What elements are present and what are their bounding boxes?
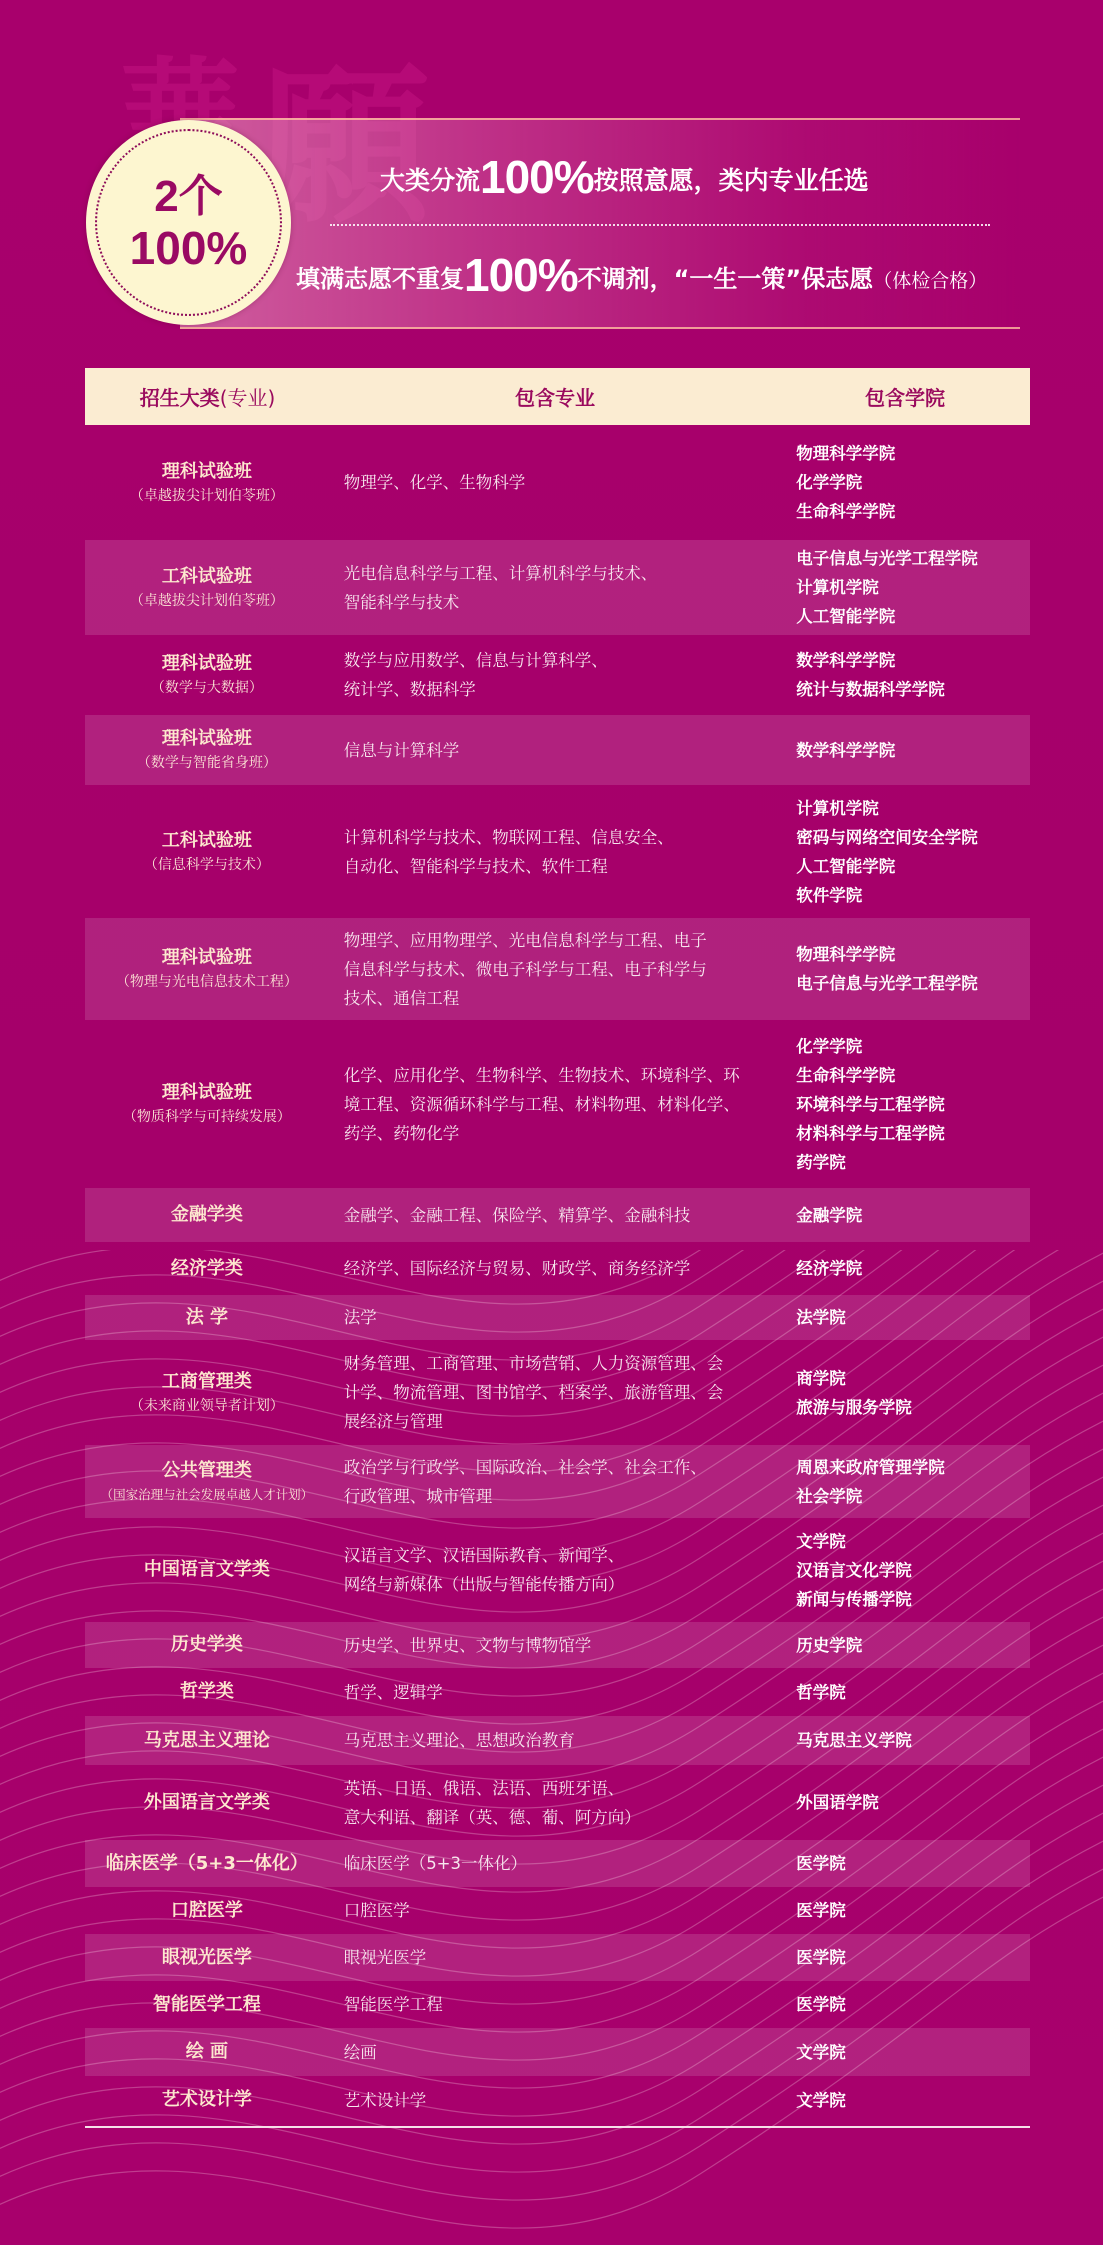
majors-cell: 智能医学工程 — [329, 1990, 792, 2019]
category-name: 经济学类 — [85, 1256, 329, 1282]
table-row: 理科试验班（物理与光电信息技术工程）物理学、应用物理学、光电信息科学与工程、电子… — [85, 918, 1030, 1020]
majors-cell: 信息与计算科学 — [329, 736, 792, 765]
table-row: 中国语言文学类汉语言文学、汉语国际教育、新闻学、网络与新媒体（出版与智能传播方向… — [85, 1518, 1030, 1622]
colleges-cell: 金融学院 — [791, 1201, 1030, 1230]
category-name: 金融学类 — [85, 1202, 329, 1228]
majors-line: 数学与应用数学、信息与计算科学、 — [344, 646, 792, 675]
category-cell: 金融学类 — [85, 1202, 329, 1228]
category-name: 理科试验班 — [85, 726, 329, 752]
majors-line: 光电信息科学与工程、计算机科学与技术、 — [344, 559, 792, 588]
category-name: 中国语言文学类 — [85, 1557, 329, 1583]
college-name: 物理科学学院 — [796, 940, 1030, 969]
majors-line: 物理学、应用物理学、光电信息科学与工程、电子 — [344, 926, 792, 955]
majors-cell: 政治学与行政学、国际政治、社会学、社会工作、行政管理、城市管理 — [329, 1453, 792, 1511]
category-cell: 理科试验班（数学与大数据） — [85, 651, 329, 699]
table-row: 临床医学（5+3一体化）临床医学（5+3一体化）医学院 — [85, 1840, 1030, 1887]
college-name: 金融学院 — [796, 1201, 1030, 1230]
majors-cell: 数学与应用数学、信息与计算科学、统计学、数据科学 — [329, 646, 792, 704]
majors-cell: 财务管理、工商管理、市场营销、人力资源管理、会计学、物流管理、图书馆学、档案学、… — [329, 1349, 792, 1436]
college-name: 计算机学院 — [796, 794, 1030, 823]
category-name: 临床医学（5+3一体化） — [85, 1851, 329, 1877]
table-row: 工科试验班（卓越拔尖计划伯苓班）光电信息科学与工程、计算机科学与技术、智能科学与… — [85, 540, 1030, 635]
college-name: 医学院 — [796, 1943, 1030, 1972]
category-cell: 口腔医学 — [85, 1898, 329, 1924]
category-name: 理科试验班 — [85, 1080, 329, 1106]
table-row: 外国语言文学类英语、日语、俄语、法语、西班牙语、意大利语、翻译（英、德、葡、阿方… — [85, 1765, 1030, 1840]
table-row: 法 学法学法学院 — [85, 1295, 1030, 1340]
table-row: 理科试验班（数学与大数据）数学与应用数学、信息与计算科学、统计学、数据科学数学科… — [85, 635, 1030, 715]
category-cell: 工科试验班（卓越拔尖计划伯苓班） — [85, 564, 329, 612]
category-cell: 马克思主义理论 — [85, 1728, 329, 1754]
category-name: 哲学类 — [85, 1679, 329, 1705]
slogan-line-1: 大类分流100%按照意愿，类内专业任选 — [380, 150, 869, 204]
majors-line: 智能医学工程 — [344, 1990, 792, 2019]
college-name: 电子信息与光学工程学院 — [796, 544, 1030, 573]
majors-line: 汉语言文学、汉语国际教育、新闻学、 — [344, 1541, 792, 1570]
college-name: 数学科学学院 — [796, 736, 1030, 765]
colleges-cell: 文学院 — [791, 2038, 1030, 2067]
colleges-cell: 医学院 — [791, 1943, 1030, 1972]
majors-line: 意大利语、翻译（英、德、葡、阿方向） — [344, 1803, 792, 1832]
majors-line: 口腔医学 — [344, 1896, 792, 1925]
category-name: 公共管理类 — [85, 1458, 329, 1484]
majors-line: 眼视光医学 — [344, 1943, 792, 1972]
colleges-cell: 经济学院 — [791, 1254, 1030, 1283]
table-row: 理科试验班（物质科学与可持续发展）化学、应用化学、生物科学、生物技术、环境科学、… — [85, 1020, 1030, 1188]
colleges-cell: 历史学院 — [791, 1631, 1030, 1660]
category-subtitle: （信息科学与技术） — [85, 854, 329, 876]
majors-cell: 历史学、世界史、文物与博物馆学 — [329, 1631, 792, 1660]
category-subtitle: （数学与智能省身班） — [85, 752, 329, 774]
majors-line: 自动化、智能科学与技术、软件工程 — [344, 852, 792, 881]
slogan-2-big: 100% — [464, 249, 578, 301]
category-subtitle: （未来商业领导者计划） — [85, 1395, 329, 1417]
slogan-1-pre: 大类分流 — [380, 166, 480, 195]
table-row: 工科试验班（信息科学与技术）计算机科学与技术、物联网工程、信息安全、自动化、智能… — [85, 785, 1030, 918]
table-row: 艺术设计学艺术设计学文学院 — [85, 2076, 1030, 2124]
category-name: 马克思主义理论 — [85, 1728, 329, 1754]
category-cell: 绘 画 — [85, 2039, 329, 2065]
category-subtitle: （物质科学与可持续发展） — [85, 1106, 329, 1128]
majors-cell: 口腔医学 — [329, 1896, 792, 1925]
college-name: 物理科学学院 — [796, 439, 1030, 468]
category-cell: 临床医学（5+3一体化） — [85, 1851, 329, 1877]
college-name: 经济学院 — [796, 1254, 1030, 1283]
colleges-cell: 文学院 — [791, 2086, 1030, 2115]
college-name: 哲学院 — [796, 1678, 1030, 1707]
category-cell: 法 学 — [85, 1305, 329, 1331]
majors-line: 网络与新媒体（出版与智能传播方向） — [344, 1570, 792, 1599]
category-name: 工科试验班 — [85, 564, 329, 590]
category-cell: 中国语言文学类 — [85, 1557, 329, 1583]
category-name: 外国语言文学类 — [85, 1790, 329, 1816]
majors-line: 绘画 — [344, 2038, 792, 2067]
slogan-2-note: （体检合格） — [873, 270, 987, 292]
category-cell: 眼视光医学 — [85, 1945, 329, 1971]
category-cell: 历史学类 — [85, 1632, 329, 1658]
college-name: 医学院 — [796, 1896, 1030, 1925]
colleges-cell: 文学院汉语言文化学院新闻与传播学院 — [791, 1527, 1030, 1614]
admission-poster: 華 願 2个 100% 大类分流100%按照意愿，类内专业任选 填满志愿不重复1… — [0, 0, 1103, 2245]
table-row: 智能医学工程智能医学工程医学院 — [85, 1981, 1030, 2028]
college-name: 历史学院 — [796, 1631, 1030, 1660]
majors-line: 法学 — [344, 1303, 792, 1332]
table-body: 理科试验班（卓越拔尖计划伯苓班）物理学、化学、生物科学物理科学学院化学学院生命科… — [85, 425, 1030, 2124]
category-cell: 工科试验班（信息科学与技术） — [85, 828, 329, 876]
colleges-cell: 化学学院生命科学学院环境科学与工程学院材料科学与工程学院药学院 — [791, 1032, 1030, 1177]
dotted-divider — [330, 224, 990, 226]
header-colleges: 包含学院 — [780, 382, 1030, 411]
colleges-cell: 医学院 — [791, 1896, 1030, 1925]
colleges-cell: 物理科学学院化学学院生命科学学院 — [791, 439, 1030, 526]
college-name: 医学院 — [796, 1990, 1030, 2019]
college-name: 新闻与传播学院 — [796, 1585, 1030, 1614]
majors-line: 信息与计算科学 — [344, 736, 792, 765]
badge-line1: 2个 — [154, 172, 222, 222]
colleges-cell: 物理科学学院电子信息与光学工程学院 — [791, 940, 1030, 998]
colleges-cell: 医学院 — [791, 1849, 1030, 1878]
majors-line: 化学、应用化学、生物科学、生物技术、环境科学、环 — [344, 1061, 792, 1090]
majors-cell: 光电信息科学与工程、计算机科学与技术、智能科学与技术 — [329, 559, 792, 617]
college-name: 计算机学院 — [796, 573, 1030, 602]
college-name: 外国语学院 — [796, 1788, 1030, 1817]
majors-line: 智能科学与技术 — [344, 588, 792, 617]
majors-cell: 物理学、应用物理学、光电信息科学与工程、电子信息科学与技术、微电子科学与工程、电… — [329, 926, 792, 1013]
majors-table: 招生大类(专业) 包含专业 包含学院 理科试验班（卓越拔尖计划伯苓班）物理学、化… — [85, 368, 1030, 2124]
table-row: 公共管理类（国家治理与社会发展卓越人才计划）政治学与行政学、国际政治、社会学、社… — [85, 1445, 1030, 1518]
college-name: 统计与数据科学学院 — [796, 675, 1030, 704]
majors-cell: 绘画 — [329, 2038, 792, 2067]
majors-cell: 临床医学（5+3一体化） — [329, 1849, 792, 1878]
category-subtitle: （物理与光电信息技术工程） — [85, 971, 329, 993]
college-name: 电子信息与光学工程学院 — [796, 969, 1030, 998]
colleges-cell: 数学科学学院统计与数据科学学院 — [791, 646, 1030, 704]
majors-line: 经济学、国际经济与贸易、财政学、商务经济学 — [344, 1254, 792, 1283]
colleges-cell: 电子信息与光学工程学院计算机学院人工智能学院 — [791, 544, 1030, 631]
category-cell: 公共管理类（国家治理与社会发展卓越人才计划） — [85, 1458, 329, 1506]
category-name: 眼视光医学 — [85, 1945, 329, 1971]
category-cell: 智能医学工程 — [85, 1992, 329, 2018]
category-name: 法 学 — [85, 1305, 329, 1331]
majors-line: 哲学、逻辑学 — [344, 1678, 792, 1707]
college-name: 数学科学学院 — [796, 646, 1030, 675]
slogan-1-post: 按照意愿，类内专业任选 — [594, 166, 869, 195]
table-header: 招生大类(专业) 包含专业 包含学院 — [85, 368, 1030, 425]
majors-cell: 化学、应用化学、生物科学、生物技术、环境科学、环境工程、资源循环科学与工程、材料… — [329, 1061, 792, 1148]
category-cell: 理科试验班（数学与智能省身班） — [85, 726, 329, 774]
majors-line: 金融学、金融工程、保险学、精算学、金融科技 — [344, 1201, 792, 1230]
majors-cell: 汉语言文学、汉语国际教育、新闻学、网络与新媒体（出版与智能传播方向） — [329, 1541, 792, 1599]
category-name: 艺术设计学 — [85, 2087, 329, 2113]
majors-cell: 马克思主义理论、思想政治教育 — [329, 1726, 792, 1755]
category-name: 历史学类 — [85, 1632, 329, 1658]
college-name: 马克思主义学院 — [796, 1726, 1030, 1755]
table-row: 理科试验班（数学与智能省身班）信息与计算科学数学科学学院 — [85, 715, 1030, 785]
category-subtitle: （数学与大数据） — [85, 677, 329, 699]
colleges-cell: 医学院 — [791, 1990, 1030, 2019]
table-row: 理科试验班（卓越拔尖计划伯苓班）物理学、化学、生物科学物理科学学院化学学院生命科… — [85, 425, 1030, 540]
college-name: 生命科学学院 — [796, 1061, 1030, 1090]
category-subtitle: （国家治理与社会发展卓越人才计划） — [85, 1484, 329, 1506]
college-name: 旅游与服务学院 — [796, 1393, 1030, 1422]
majors-line: 信息科学与技术、微电子科学与工程、电子科学与 — [344, 955, 792, 984]
majors-cell: 哲学、逻辑学 — [329, 1678, 792, 1707]
slogan-line-2: 填满志愿不重复100%不调剂，“一生一策”保志愿（体检合格） — [296, 248, 987, 302]
table-row: 历史学类历史学、世界史、文物与博物馆学历史学院 — [85, 1622, 1030, 1668]
college-name: 汉语言文化学院 — [796, 1556, 1030, 1585]
colleges-cell: 外国语学院 — [791, 1788, 1030, 1817]
colleges-cell: 哲学院 — [791, 1678, 1030, 1707]
category-name: 智能医学工程 — [85, 1992, 329, 2018]
college-name: 人工智能学院 — [796, 852, 1030, 881]
majors-cell: 金融学、金融工程、保险学、精算学、金融科技 — [329, 1201, 792, 1230]
category-cell: 理科试验班（物质科学与可持续发展） — [85, 1080, 329, 1128]
table-row: 眼视光医学眼视光医学医学院 — [85, 1934, 1030, 1981]
majors-line: 历史学、世界史、文物与博物馆学 — [344, 1631, 792, 1660]
table-row: 绘 画绘画文学院 — [85, 2028, 1030, 2076]
category-name: 工商管理类 — [85, 1369, 329, 1395]
colleges-cell: 周恩来政府管理学院社会学院 — [791, 1453, 1030, 1511]
category-cell: 经济学类 — [85, 1256, 329, 1282]
college-name: 材料科学与工程学院 — [796, 1119, 1030, 1148]
majors-cell: 英语、日语、俄语、法语、西班牙语、意大利语、翻译（英、德、葡、阿方向） — [329, 1774, 792, 1832]
category-cell: 艺术设计学 — [85, 2087, 329, 2113]
college-name: 文学院 — [796, 2086, 1030, 2115]
majors-cell: 物理学、化学、生物科学 — [329, 468, 792, 497]
college-name: 商学院 — [796, 1364, 1030, 1393]
majors-line: 统计学、数据科学 — [344, 675, 792, 704]
header-category: 招生大类(专业) — [85, 382, 330, 411]
slogan-1-big: 100% — [480, 151, 594, 203]
college-name: 软件学院 — [796, 881, 1030, 910]
two-100-percent-badge: 2个 100% — [86, 120, 291, 325]
college-name: 环境科学与工程学院 — [796, 1090, 1030, 1119]
majors-cell: 计算机科学与技术、物联网工程、信息安全、自动化、智能科学与技术、软件工程 — [329, 823, 792, 881]
table-row: 马克思主义理论马克思主义理论、思想政治教育马克思主义学院 — [85, 1716, 1030, 1765]
category-cell: 理科试验班（物理与光电信息技术工程） — [85, 945, 329, 993]
colleges-cell: 数学科学学院 — [791, 736, 1030, 765]
majors-line: 境工程、资源循环科学与工程、材料物理、材料化学、 — [344, 1090, 792, 1119]
category-cell: 工商管理类（未来商业领导者计划） — [85, 1369, 329, 1417]
majors-line: 财务管理、工商管理、市场营销、人力资源管理、会 — [344, 1349, 792, 1378]
table-row: 哲学类哲学、逻辑学哲学院 — [85, 1668, 1030, 1716]
majors-line: 政治学与行政学、国际政治、社会学、社会工作、 — [344, 1453, 792, 1482]
majors-line: 计学、物流管理、图书馆学、档案学、旅游管理、会 — [344, 1378, 792, 1407]
majors-line: 技术、通信工程 — [344, 984, 792, 1013]
college-name: 文学院 — [796, 2038, 1030, 2067]
colleges-cell: 马克思主义学院 — [791, 1726, 1030, 1755]
header-majors: 包含专业 — [330, 382, 780, 411]
majors-line: 英语、日语、俄语、法语、西班牙语、 — [344, 1774, 792, 1803]
majors-line: 马克思主义理论、思想政治教育 — [344, 1726, 792, 1755]
majors-line: 药学、药物化学 — [344, 1119, 792, 1148]
category-name: 口腔医学 — [85, 1898, 329, 1924]
table-row: 工商管理类（未来商业领导者计划）财务管理、工商管理、市场营销、人力资源管理、会计… — [85, 1340, 1030, 1445]
college-name: 化学学院 — [796, 1032, 1030, 1061]
majors-line: 临床医学（5+3一体化） — [344, 1849, 792, 1878]
college-name: 周恩来政府管理学院 — [796, 1453, 1030, 1482]
college-name: 社会学院 — [796, 1482, 1030, 1511]
majors-line: 计算机科学与技术、物联网工程、信息安全、 — [344, 823, 792, 852]
college-name: 人工智能学院 — [796, 602, 1030, 631]
majors-line: 艺术设计学 — [344, 2086, 792, 2115]
category-cell: 哲学类 — [85, 1679, 329, 1705]
college-name: 医学院 — [796, 1849, 1030, 1878]
majors-cell: 法学 — [329, 1303, 792, 1332]
category-name: 理科试验班 — [85, 651, 329, 677]
category-name: 理科试验班 — [85, 459, 329, 485]
table-bottom-rule — [85, 2126, 1030, 2128]
category-name: 理科试验班 — [85, 945, 329, 971]
category-name: 工科试验班 — [85, 828, 329, 854]
majors-line: 展经济与管理 — [344, 1407, 792, 1436]
category-subtitle: （卓越拔尖计划伯苓班） — [85, 590, 329, 612]
colleges-cell: 商学院旅游与服务学院 — [791, 1364, 1030, 1422]
category-subtitle: （卓越拔尖计划伯苓班） — [85, 485, 329, 507]
college-name: 法学院 — [796, 1303, 1030, 1332]
majors-cell: 艺术设计学 — [329, 2086, 792, 2115]
college-name: 药学院 — [796, 1148, 1030, 1177]
college-name: 化学学院 — [796, 468, 1030, 497]
majors-cell: 经济学、国际经济与贸易、财政学、商务经济学 — [329, 1254, 792, 1283]
category-cell: 外国语言文学类 — [85, 1790, 329, 1816]
majors-line: 物理学、化学、生物科学 — [344, 468, 792, 497]
table-row: 口腔医学口腔医学医学院 — [85, 1887, 1030, 1934]
college-name: 生命科学学院 — [796, 497, 1030, 526]
college-name: 文学院 — [796, 1527, 1030, 1556]
college-name: 密码与网络空间安全学院 — [796, 823, 1030, 852]
category-cell: 理科试验班（卓越拔尖计划伯苓班） — [85, 459, 329, 507]
table-row: 金融学类金融学、金融工程、保险学、精算学、金融科技金融学院 — [85, 1188, 1030, 1242]
colleges-cell: 法学院 — [791, 1303, 1030, 1332]
colleges-cell: 计算机学院密码与网络空间安全学院人工智能学院软件学院 — [791, 794, 1030, 910]
slogan-2-pre: 填满志愿不重复 — [296, 265, 464, 293]
table-row: 经济学类经济学、国际经济与贸易、财政学、商务经济学经济学院 — [85, 1242, 1030, 1295]
majors-cell: 眼视光医学 — [329, 1943, 792, 1972]
slogan-2-post: 不调剂，“一生一策”保志愿 — [578, 265, 874, 293]
majors-line: 行政管理、城市管理 — [344, 1482, 792, 1511]
category-name: 绘 画 — [85, 2039, 329, 2065]
badge-line2: 100% — [130, 222, 248, 274]
